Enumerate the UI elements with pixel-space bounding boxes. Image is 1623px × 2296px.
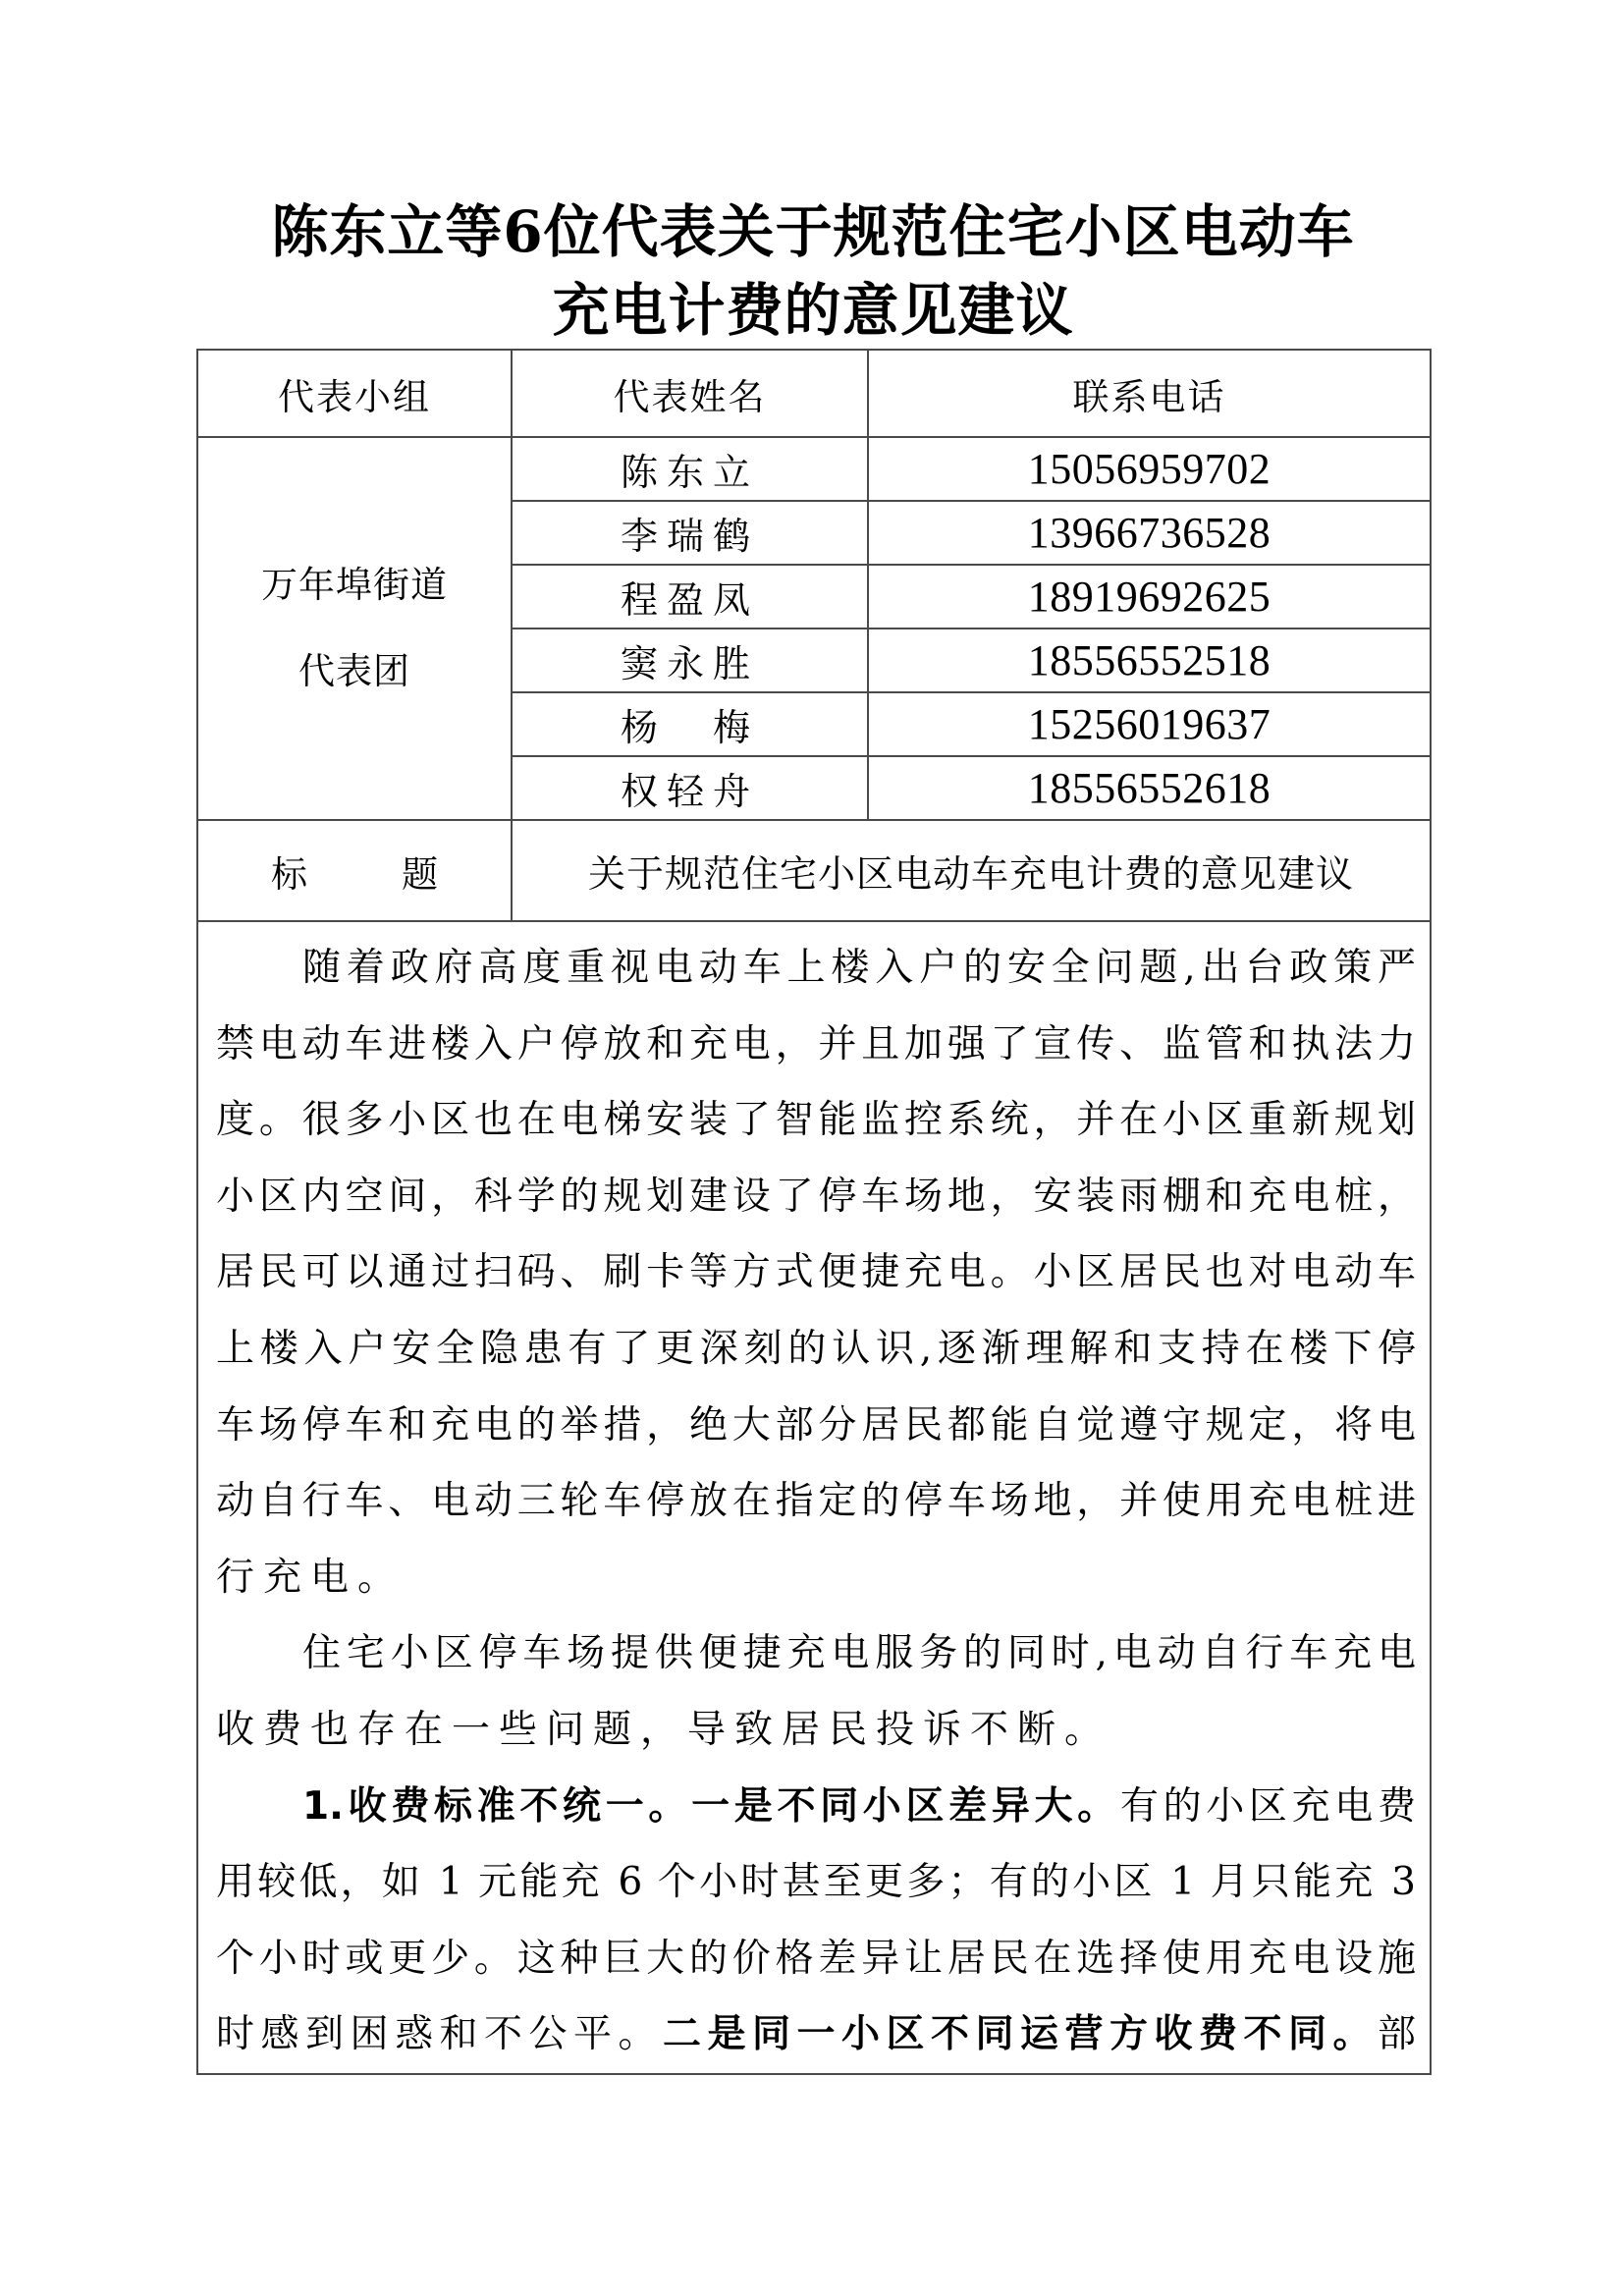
title-line-2: 充电计费的意见建议: [196, 271, 1430, 350]
text-segment: 行充电。: [216, 1556, 405, 1600]
rep-name: 杨 梅: [512, 692, 868, 756]
body-line: 随着政府高度重视电动车上楼入户的安全问题,出台政策严: [216, 930, 1416, 1007]
group-line-1: 万年埠街道: [198, 542, 511, 629]
body-line: 车场停车和充电的举措，绝大部分居民都能自觉遵守规定，将电: [216, 1388, 1416, 1464]
text-segment: 用较低，如 1 元能充 6 个小时甚至更多；有的小区 1 月只能充 3: [216, 1860, 1416, 1904]
rep-name: 窦永胜: [512, 629, 868, 692]
body-line: 禁电动车进楼入户停放和充电，并且加强了宣传、监管和执法力: [216, 1007, 1416, 1083]
body-line: 收费也存在一些问题，导致居民投诉不断。: [216, 1692, 1416, 1769]
text-segment: 动自行车、电动三轮车停放在指定的停车场地，并使用充电桩进: [216, 1479, 1416, 1523]
table-header-row: 代表小组 代表姓名 联系电话: [197, 350, 1431, 437]
body-line: 居民可以通过扫码、刷卡等方式便捷充电。小区居民也对电动车: [216, 1234, 1416, 1311]
rep-name: 陈东立: [512, 437, 868, 501]
rep-phone: 18556552518: [868, 629, 1431, 692]
body-text: 随着政府高度重视电动车上楼入户的安全问题,出台政策严禁电动车进楼入户停放和充电，…: [198, 922, 1430, 2073]
representative-info-table: 代表小组 代表姓名 联系电话 万年埠街道 代表团 陈东立 15056959702…: [196, 349, 1432, 2075]
body-cell: 随着政府高度重视电动车上楼入户的安全问题,出台政策严禁电动车进楼入户停放和充电，…: [197, 921, 1431, 2074]
header-name: 代表姓名: [512, 350, 868, 437]
body-line: 度。很多小区也在电梯安装了智能监控系统，并在小区重新规划: [216, 1082, 1416, 1159]
title-line-1: 陈东立等6位代表关于规范住宅小区电动车: [196, 192, 1430, 271]
text-segment: 度。很多小区也在电梯安装了智能监控系统，并在小区重新规划: [216, 1098, 1416, 1142]
document-title: 陈东立等6位代表关于规范住宅小区电动车 充电计费的意见建议: [196, 192, 1430, 350]
text-segment: 居民可以通过扫码、刷卡等方式便捷充电。小区居民也对电动车: [216, 1250, 1416, 1294]
body-line: 动自行车、电动三轮车停放在指定的停车场地，并使用充电桩进: [216, 1463, 1416, 1540]
body-line: 个小时或更少。这种巨大的价格差异让居民在选择使用充电设施: [216, 1921, 1416, 1997]
text-segment: 车场停车和充电的举措，绝大部分居民都能自觉遵守规定，将电: [216, 1403, 1416, 1448]
rep-phone: 18919692625: [868, 565, 1431, 629]
group-cell: 万年埠街道 代表团: [197, 437, 512, 820]
subject-row: 标题 关于规范住宅小区电动车充电计费的意见建议: [197, 820, 1431, 921]
body-line: 上楼入户安全隐患有了更深刻的认识,逐渐理解和支持在楼下停: [216, 1311, 1416, 1388]
text-segment: 时感到困惑和不公平。: [216, 2012, 663, 2056]
rep-name: 程盈凤: [512, 565, 868, 629]
table-row: 万年埠街道 代表团 陈东立 15056959702: [197, 437, 1431, 501]
subject-label: 标题: [197, 820, 512, 921]
text-segment: 随着政府高度重视电动车上楼入户的安全问题,出台政策严: [302, 946, 1416, 990]
text-segment: 上楼入户安全隐患有了更深刻的认识,逐渐理解和支持在楼下停: [216, 1327, 1416, 1371]
rep-phone: 15056959702: [868, 437, 1431, 501]
text-segment: 个小时或更少。这种巨大的价格差异让居民在选择使用充电设施: [216, 1937, 1416, 1981]
body-line: 时感到困惑和不公平。二是同一小区不同运营方收费不同。部: [216, 1996, 1416, 2073]
rep-phone: 18556552618: [868, 756, 1431, 820]
rep-name: 权轻舟: [512, 756, 868, 820]
body-line: 行充电。: [216, 1540, 1416, 1616]
rep-phone: 15256019637: [868, 692, 1431, 756]
subject-label-char-2: 题: [402, 853, 438, 896]
body-line: 用较低，如 1 元能充 6 个小时甚至更多；有的小区 1 月只能充 3: [216, 1844, 1416, 1921]
body-line: 小区内空间，科学的规划建设了停车场地，安装雨棚和充电桩，: [216, 1159, 1416, 1235]
text-segment: 部: [1378, 2012, 1416, 2056]
text-segment: 小区内空间，科学的规划建设了停车场地，安装雨棚和充电桩，: [216, 1175, 1416, 1219]
body-line: 1.收费标准不统一。一是不同小区差异大。有的小区充电费: [216, 1769, 1416, 1845]
text-segment: 有的小区充电费: [1120, 1784, 1416, 1829]
header-group: 代表小组: [197, 350, 512, 437]
header-phone: 联系电话: [868, 350, 1431, 437]
subject-value: 关于规范住宅小区电动车充电计费的意见建议: [512, 820, 1431, 921]
rep-name: 李瑞鹤: [512, 501, 868, 565]
rep-phone: 13966736528: [868, 501, 1431, 565]
subject-label-char-1: 标: [271, 853, 307, 896]
text-segment: 禁电动车进楼入户停放和充电，并且加强了宣传、监管和执法力: [216, 1022, 1416, 1066]
body-line: 住宅小区停车场提供便捷充电服务的同时,电动自行车充电: [216, 1615, 1416, 1692]
body-row: 随着政府高度重视电动车上楼入户的安全问题,出台政策严禁电动车进楼入户停放和充电，…: [197, 921, 1431, 2074]
bold-text-segment: 二是同一小区不同运营方收费不同。: [663, 2012, 1378, 2056]
text-segment: 住宅小区停车场提供便捷充电服务的同时,电动自行车充电: [302, 1631, 1416, 1675]
group-line-2: 代表团: [198, 629, 511, 715]
bold-text-segment: 1.收费标准不统一。: [302, 1784, 691, 1829]
bold-text-segment: 一是不同小区差异大。: [691, 1784, 1120, 1829]
text-segment: 收费也存在一些问题，导致居民投诉不断。: [216, 1708, 1111, 1752]
